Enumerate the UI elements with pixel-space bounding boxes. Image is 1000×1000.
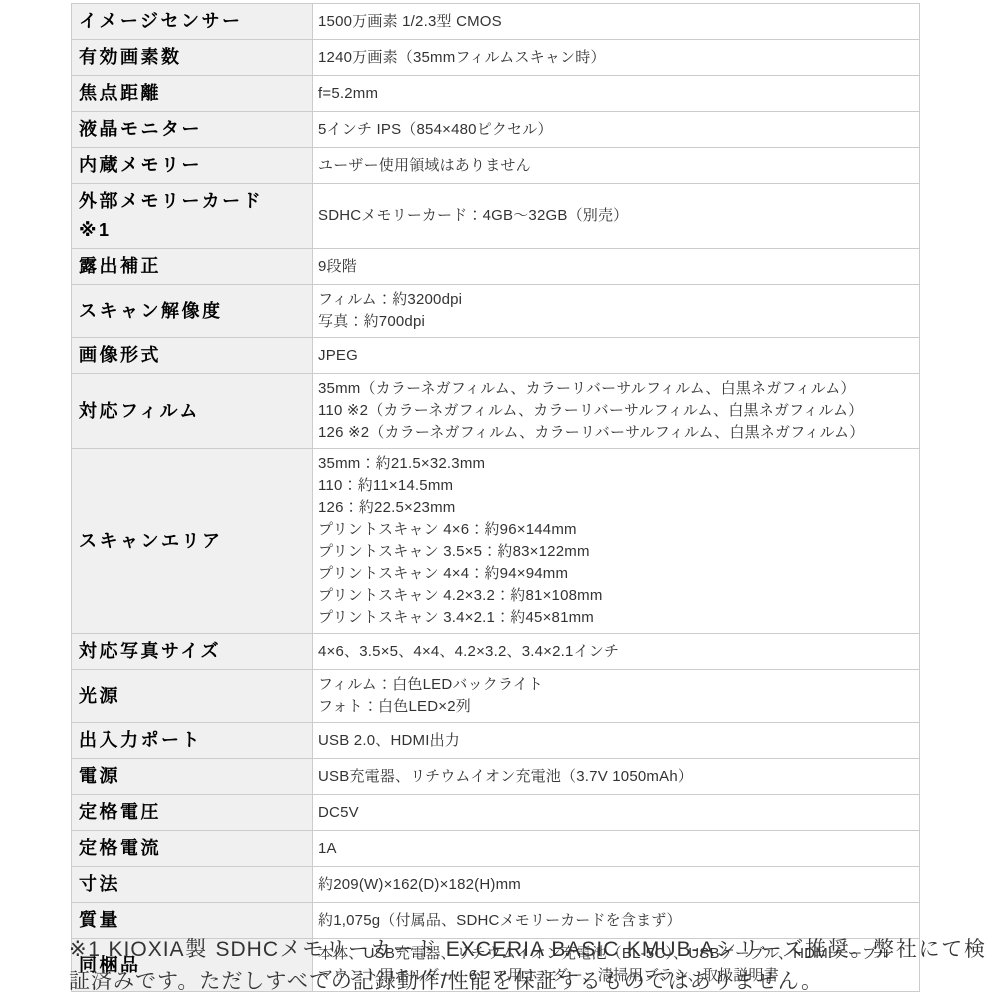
spec-value-line: f=5.2mm bbox=[318, 83, 915, 105]
spec-label-cell: 液晶モニター bbox=[72, 112, 313, 148]
spec-label-cell: 電源 bbox=[72, 759, 313, 795]
spec-label-cell: 寸法 bbox=[72, 867, 313, 903]
spec-row: 対応写真サイズ 4×6、3.5×5、4×4、4.2×3.2、3.4×2.1インチ bbox=[72, 634, 920, 670]
footnote: ※1 KIOXIA製 SDHCメモリーカード EXCERIA BASIC KMU… bbox=[69, 934, 986, 998]
spec-value-cell: f=5.2mm bbox=[313, 76, 920, 112]
spec-row: 光源 フィルム：白色LEDバックライトフォト：白色LED×2列 bbox=[72, 670, 920, 723]
spec-label: 有効画素数 bbox=[79, 47, 182, 67]
spec-value-line: 約1,075g（付属品、SDHCメモリーカードを含まず） bbox=[318, 910, 915, 932]
spec-label-cell: 定格電流 bbox=[72, 831, 313, 867]
spec-row: 液晶モニター 5インチ IPS（854×480ピクセル） bbox=[72, 112, 920, 148]
spec-value-line: プリントスキャン 4×4：約94×94mm bbox=[318, 563, 915, 585]
spec-value-line: 9段階 bbox=[318, 256, 915, 278]
spec-row: 焦点距離 f=5.2mm bbox=[72, 76, 920, 112]
spec-value-cell: JPEG bbox=[313, 338, 920, 374]
spec-value-cell: USB 2.0、HDMI出力 bbox=[313, 723, 920, 759]
spec-label: 定格電圧 bbox=[79, 802, 161, 822]
spec-label: 出入力ポート bbox=[79, 730, 202, 750]
spec-value-line: ユーザー使用領域はありません bbox=[318, 155, 915, 177]
spec-value-line: 35mm：約21.5×32.3mm bbox=[318, 453, 915, 475]
spec-row: 画像形式 JPEG bbox=[72, 338, 920, 374]
spec-value-cell: 5インチ IPS（854×480ピクセル） bbox=[313, 112, 920, 148]
spec-label-cell: 定格電圧 bbox=[72, 795, 313, 831]
spec-label-cell: イメージセンサー bbox=[72, 4, 313, 40]
spec-value-cell: USB充電器、リチウムイオン充電池（3.7V 1050mAh） bbox=[313, 759, 920, 795]
spec-label: 液晶モニター bbox=[79, 119, 202, 139]
spec-value-cell: ユーザー使用領域はありません bbox=[313, 148, 920, 184]
spec-label: 光源 bbox=[79, 686, 120, 706]
spec-value-cell: SDHCメモリーカード：4GB～32GB（別売） bbox=[313, 184, 920, 249]
spec-value-cell: 1240万画素（35mmフィルムスキャン時） bbox=[313, 40, 920, 76]
spec-value-line: 5インチ IPS（854×480ピクセル） bbox=[318, 119, 915, 141]
spec-label: 外部メモリーカード ※1 bbox=[79, 191, 263, 240]
spec-value-line: フィルム：約3200dpi bbox=[318, 289, 915, 311]
spec-label-cell: 光源 bbox=[72, 670, 313, 723]
spec-label-cell: 対応フィルム bbox=[72, 374, 313, 449]
spec-value-line: 35mm（カラーネガフィルム、カラーリバーサルフィルム、白黒ネガフィルム） bbox=[318, 378, 915, 400]
spec-label: 対応フィルム bbox=[79, 401, 200, 421]
spec-value-line: フォト：白色LED×2列 bbox=[318, 696, 915, 718]
spec-value-line: 4×6、3.5×5、4×4、4.2×3.2、3.4×2.1インチ bbox=[318, 641, 915, 663]
spec-row: 電源 USB充電器、リチウムイオン充電池（3.7V 1050mAh） bbox=[72, 759, 920, 795]
spec-row: 出入力ポート USB 2.0、HDMI出力 bbox=[72, 723, 920, 759]
spec-value-cell: フィルム：白色LEDバックライトフォト：白色LED×2列 bbox=[313, 670, 920, 723]
spec-value-line: SDHCメモリーカード：4GB～32GB（別売） bbox=[318, 205, 915, 227]
spec-value-line: プリントスキャン 3.5×5：約83×122mm bbox=[318, 541, 915, 563]
spec-value-cell: フィルム：約3200dpi写真：約700dpi bbox=[313, 285, 920, 338]
spec-row: 定格電流 1A bbox=[72, 831, 920, 867]
spec-value-line: DC5V bbox=[318, 802, 915, 824]
spec-row: スキャン解像度 フィルム：約3200dpi写真：約700dpi bbox=[72, 285, 920, 338]
spec-value-line: 1A bbox=[318, 838, 915, 860]
spec-value-cell: 1500万画素 1/2.3型 CMOS bbox=[313, 4, 920, 40]
spec-label: イメージセンサー bbox=[79, 11, 242, 31]
spec-label: 露出補正 bbox=[79, 256, 161, 276]
spec-value-cell: 9段階 bbox=[313, 249, 920, 285]
spec-label-cell: 有効画素数 bbox=[72, 40, 313, 76]
spec-row: 外部メモリーカード ※1 SDHCメモリーカード：4GB～32GB（別売） bbox=[72, 184, 920, 249]
spec-value-line: USB 2.0、HDMI出力 bbox=[318, 730, 915, 752]
spec-row: イメージセンサー 1500万画素 1/2.3型 CMOS bbox=[72, 4, 920, 40]
spec-label: スキャンエリア bbox=[79, 531, 223, 551]
spec-label: 画像形式 bbox=[79, 345, 161, 365]
spec-row: 露出補正 9段階 bbox=[72, 249, 920, 285]
spec-row: 対応フィルム 35mm（カラーネガフィルム、カラーリバーサルフィルム、白黒ネガフ… bbox=[72, 374, 920, 449]
spec-value-cell: 35mm：約21.5×32.3mm110：約11×14.5mm126：約22.5… bbox=[313, 449, 920, 634]
spec-label-cell: 露出補正 bbox=[72, 249, 313, 285]
spec-value-cell: DC5V bbox=[313, 795, 920, 831]
spec-label-cell: 内蔵メモリー bbox=[72, 148, 313, 184]
spec-value-line: 写真：約700dpi bbox=[318, 311, 915, 333]
spec-label-cell: 焦点距離 bbox=[72, 76, 313, 112]
spec-row: 内蔵メモリー ユーザー使用領域はありません bbox=[72, 148, 920, 184]
spec-table: イメージセンサー 1500万画素 1/2.3型 CMOS 有効画素数 1240万… bbox=[71, 3, 920, 992]
spec-label-cell: スキャン解像度 bbox=[72, 285, 313, 338]
spec-value-line: 126 ※2（カラーネガフィルム、カラーリバーサルフィルム、白黒ネガフィルム） bbox=[318, 422, 915, 444]
spec-label: 質量 bbox=[79, 910, 120, 930]
spec-row: 寸法 約209(W)×162(D)×182(H)mm bbox=[72, 867, 920, 903]
spec-value-cell: 35mm（カラーネガフィルム、カラーリバーサルフィルム、白黒ネガフィルム）110… bbox=[313, 374, 920, 449]
spec-value-line: フィルム：白色LEDバックライト bbox=[318, 674, 915, 696]
spec-row: 有効画素数 1240万画素（35mmフィルムスキャン時） bbox=[72, 40, 920, 76]
spec-label: 焦点距離 bbox=[79, 83, 161, 103]
spec-value-line: 110：約11×14.5mm bbox=[318, 475, 915, 497]
spec-value-line: プリントスキャン 4.2×3.2：約81×108mm bbox=[318, 585, 915, 607]
spec-label-cell: 外部メモリーカード ※1 bbox=[72, 184, 313, 249]
spec-table-body: イメージセンサー 1500万画素 1/2.3型 CMOS 有効画素数 1240万… bbox=[72, 4, 920, 992]
spec-value-cell: 約209(W)×162(D)×182(H)mm bbox=[313, 867, 920, 903]
spec-value-line: 126：約22.5×23mm bbox=[318, 497, 915, 519]
spec-label-cell: 出入力ポート bbox=[72, 723, 313, 759]
spec-label-cell: 対応写真サイズ bbox=[72, 634, 313, 670]
spec-value-line: プリントスキャン 4×6：約96×144mm bbox=[318, 519, 915, 541]
spec-label-cell: 画像形式 bbox=[72, 338, 313, 374]
spec-value-line: 1240万画素（35mmフィルムスキャン時） bbox=[318, 47, 915, 69]
spec-label: 定格電流 bbox=[79, 838, 161, 858]
spec-label-cell: スキャンエリア bbox=[72, 449, 313, 634]
spec-value-line: 1500万画素 1/2.3型 CMOS bbox=[318, 11, 915, 33]
spec-label: 対応写真サイズ bbox=[79, 641, 221, 661]
spec-row: スキャンエリア 35mm：約21.5×32.3mm110：約11×14.5mm1… bbox=[72, 449, 920, 634]
spec-value-line: JPEG bbox=[318, 345, 915, 367]
spec-value-line: 約209(W)×162(D)×182(H)mm bbox=[318, 874, 915, 896]
spec-value-line: プリントスキャン 3.4×2.1：約45×81mm bbox=[318, 607, 915, 629]
spec-value-line: 110 ※2（カラーネガフィルム、カラーリバーサルフィルム、白黒ネガフィルム） bbox=[318, 400, 915, 422]
spec-value-cell: 1A bbox=[313, 831, 920, 867]
spec-label: 電源 bbox=[79, 766, 120, 786]
spec-label: 内蔵メモリー bbox=[79, 155, 202, 175]
spec-value-cell: 4×6、3.5×5、4×4、4.2×3.2、3.4×2.1インチ bbox=[313, 634, 920, 670]
spec-label: 寸法 bbox=[79, 874, 120, 894]
spec-page: イメージセンサー 1500万画素 1/2.3型 CMOS 有効画素数 1240万… bbox=[0, 0, 1000, 1000]
spec-label: スキャン解像度 bbox=[79, 301, 223, 321]
spec-row: 定格電圧 DC5V bbox=[72, 795, 920, 831]
spec-value-line: USB充電器、リチウムイオン充電池（3.7V 1050mAh） bbox=[318, 766, 915, 788]
